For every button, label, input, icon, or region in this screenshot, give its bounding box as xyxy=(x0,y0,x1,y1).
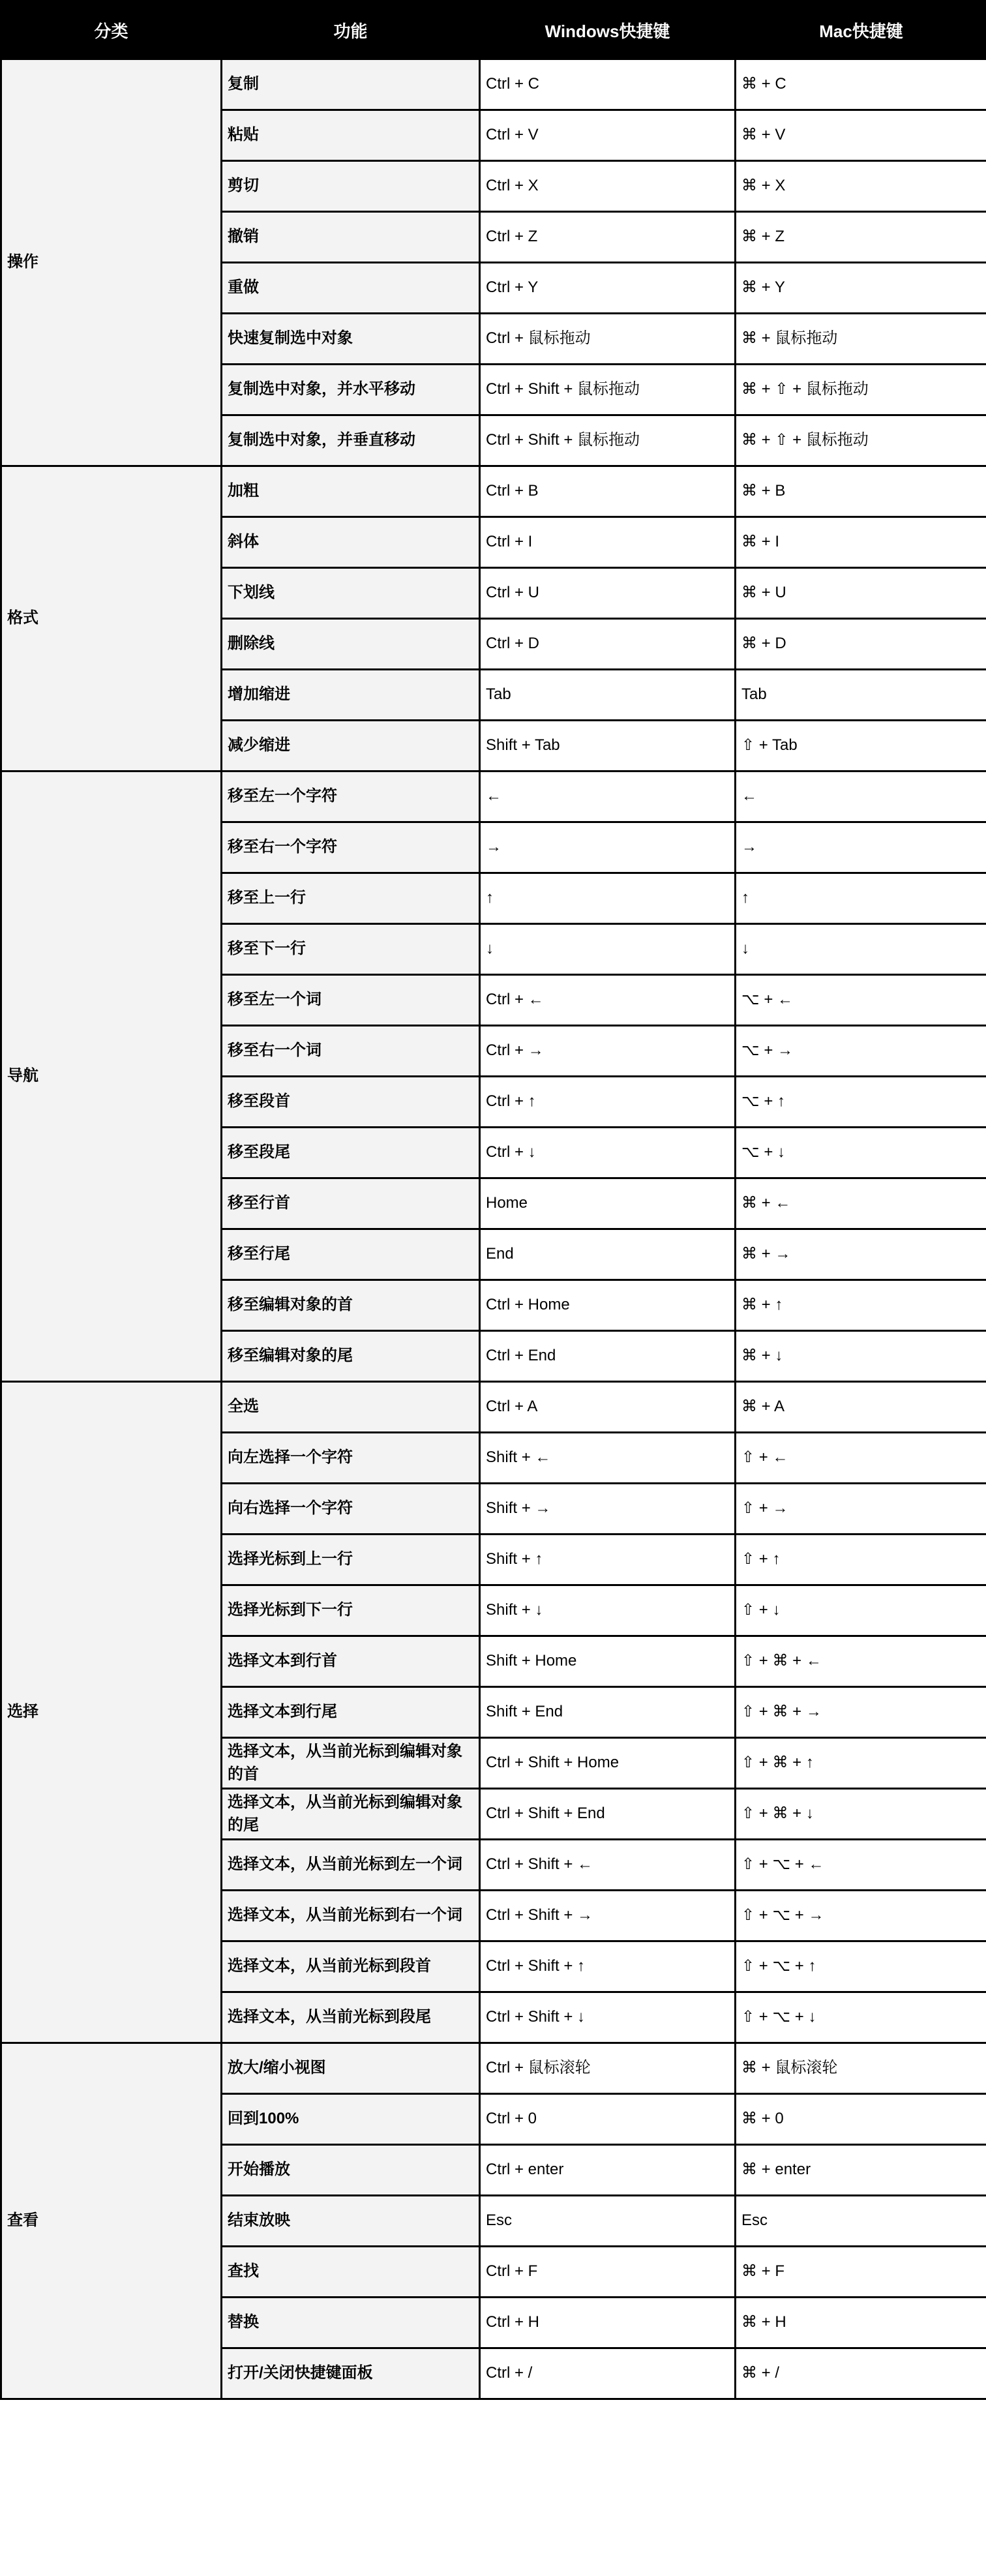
windows-shortcut-cell: Ctrl + Shift + 鼠标拖动 xyxy=(480,415,736,466)
mac-shortcut-cell: ⇧ + Tab xyxy=(736,721,986,771)
mac-shortcut-cell: ⌘ + A xyxy=(736,1382,986,1433)
windows-shortcut-cell: Ctrl + U xyxy=(480,568,736,619)
function-cell: 复制 xyxy=(222,59,480,110)
function-cell: 替换 xyxy=(222,2298,480,2348)
windows-shortcut-cell: Esc xyxy=(480,2196,736,2247)
mac-shortcut-cell: ⌘ + ← xyxy=(736,1178,986,1229)
mac-shortcut-cell: Esc xyxy=(736,2196,986,2247)
mac-shortcut-cell: ⌘ + Z xyxy=(736,212,986,263)
windows-shortcut-cell: End xyxy=(480,1229,736,1280)
windows-shortcut-cell: Ctrl + D xyxy=(480,619,736,670)
function-cell: 结束放映 xyxy=(222,2196,480,2247)
function-cell: 选择光标到上一行 xyxy=(222,1535,480,1585)
category-cell: 操作 xyxy=(1,59,222,466)
windows-shortcut-cell: Ctrl + B xyxy=(480,466,736,517)
mac-shortcut-cell: ⇧ + ← xyxy=(736,1433,986,1484)
windows-shortcut-cell: Ctrl + Shift + ↓ xyxy=(480,1992,736,2043)
windows-shortcut-cell: Ctrl + Home xyxy=(480,1280,736,1331)
mac-shortcut-cell: ⇧ + ↓ xyxy=(736,1585,986,1636)
function-cell: 查找 xyxy=(222,2247,480,2298)
function-cell: 移至下一行 xyxy=(222,924,480,975)
header-mac-shortcut: Mac快捷键 xyxy=(736,1,986,59)
function-cell: 放大/缩小视图 xyxy=(222,2043,480,2094)
windows-shortcut-cell: Home xyxy=(480,1178,736,1229)
windows-shortcut-cell: Shift + ← xyxy=(480,1433,736,1484)
windows-shortcut-cell: Ctrl + V xyxy=(480,110,736,161)
mac-shortcut-cell: ⌘ + V xyxy=(736,110,986,161)
windows-shortcut-cell: Shift + ↓ xyxy=(480,1585,736,1636)
windows-shortcut-cell: Ctrl + Y xyxy=(480,263,736,314)
windows-shortcut-cell: Ctrl + F xyxy=(480,2247,736,2298)
windows-shortcut-cell: Shift + End xyxy=(480,1687,736,1738)
windows-shortcut-cell: Ctrl + Shift + End xyxy=(480,1789,736,1840)
windows-shortcut-cell: Shift + ↑ xyxy=(480,1535,736,1585)
mac-shortcut-cell: ⌥ + → xyxy=(736,1026,986,1077)
function-cell: 选择光标到下一行 xyxy=(222,1585,480,1636)
windows-shortcut-cell: Ctrl + Shift + ← xyxy=(480,1840,736,1891)
function-cell: 剪切 xyxy=(222,161,480,212)
windows-shortcut-cell: Ctrl + End xyxy=(480,1331,736,1382)
windows-shortcut-cell: Ctrl + Shift + Home xyxy=(480,1738,736,1789)
mac-shortcut-cell: ⌥ + ↓ xyxy=(736,1128,986,1178)
mac-shortcut-cell: ⌘ + H xyxy=(736,2298,986,2348)
table-row: 选择全选Ctrl + A⌘ + A xyxy=(1,1382,986,1433)
mac-shortcut-cell: ⌘ + F xyxy=(736,2247,986,2298)
mac-shortcut-cell: ⌘ + 鼠标拖动 xyxy=(736,314,986,365)
mac-shortcut-cell: ⌘ + D xyxy=(736,619,986,670)
mac-shortcut-cell: ⇧ + ↑ xyxy=(736,1535,986,1585)
header-row: 分类 功能 Windows快捷键 Mac快捷键 xyxy=(1,1,986,59)
mac-shortcut-cell: ↓ xyxy=(736,924,986,975)
function-cell: 减少缩进 xyxy=(222,721,480,771)
windows-shortcut-cell: Ctrl + A xyxy=(480,1382,736,1433)
mac-shortcut-cell: ⇧ + ⌘ + → xyxy=(736,1687,986,1738)
mac-shortcut-cell: ⇧ + ⌘ + ↓ xyxy=(736,1789,986,1840)
mac-shortcut-cell: ⇧ + ⌥ + ← xyxy=(736,1840,986,1891)
function-cell: 移至行首 xyxy=(222,1178,480,1229)
windows-shortcut-cell: Ctrl + H xyxy=(480,2298,736,2348)
mac-shortcut-cell: ⇧ + ⌥ + ↓ xyxy=(736,1992,986,2043)
function-cell: 选择文本，从当前光标到段首 xyxy=(222,1941,480,1992)
windows-shortcut-cell: Ctrl + X xyxy=(480,161,736,212)
function-cell: 开始播放 xyxy=(222,2145,480,2196)
function-cell: 重做 xyxy=(222,263,480,314)
windows-shortcut-cell: Ctrl + I xyxy=(480,517,736,568)
function-cell: 移至左一个词 xyxy=(222,975,480,1026)
table-row: 导航移至左一个字符←← xyxy=(1,771,986,822)
function-cell: 选择文本到行尾 xyxy=(222,1687,480,1738)
function-cell: 移至右一个词 xyxy=(222,1026,480,1077)
shortcut-table: 分类 功能 Windows快捷键 Mac快捷键 操作复制Ctrl + C⌘ + … xyxy=(0,0,986,2400)
windows-shortcut-cell: Tab xyxy=(480,670,736,721)
table-body: 操作复制Ctrl + C⌘ + C粘贴Ctrl + V⌘ + V剪切Ctrl +… xyxy=(1,59,986,2399)
function-cell: 复制选中对象，并水平移动 xyxy=(222,365,480,415)
function-cell: 选择文本，从当前光标到左一个词 xyxy=(222,1840,480,1891)
mac-shortcut-cell: ⌘ + 0 xyxy=(736,2094,986,2145)
function-cell: 粘贴 xyxy=(222,110,480,161)
windows-shortcut-cell: Ctrl + ↑ xyxy=(480,1077,736,1128)
windows-shortcut-cell: Ctrl + ↓ xyxy=(480,1128,736,1178)
windows-shortcut-cell: → xyxy=(480,822,736,873)
mac-shortcut-cell: ↑ xyxy=(736,873,986,924)
mac-shortcut-cell: ⌘ + X xyxy=(736,161,986,212)
function-cell: 选择文本，从当前光标到编辑对象的首 xyxy=(222,1738,480,1789)
mac-shortcut-cell: ⌘ + enter xyxy=(736,2145,986,2196)
function-cell: 移至左一个字符 xyxy=(222,771,480,822)
category-cell: 格式 xyxy=(1,466,222,771)
function-cell: 移至段尾 xyxy=(222,1128,480,1178)
windows-shortcut-cell: Ctrl + Shift + → xyxy=(480,1891,736,1941)
windows-shortcut-cell: ↑ xyxy=(480,873,736,924)
table-row: 查看放大/缩小视图Ctrl + 鼠标滚轮⌘ + 鼠标滚轮 xyxy=(1,2043,986,2094)
function-cell: 下划线 xyxy=(222,568,480,619)
function-cell: 快速复制选中对象 xyxy=(222,314,480,365)
mac-shortcut-cell: ⌘ + I xyxy=(736,517,986,568)
table-row: 格式加粗Ctrl + B⌘ + B xyxy=(1,466,986,517)
windows-shortcut-cell: Ctrl + Z xyxy=(480,212,736,263)
function-cell: 移至右一个字符 xyxy=(222,822,480,873)
function-cell: 移至编辑对象的尾 xyxy=(222,1331,480,1382)
function-cell: 删除线 xyxy=(222,619,480,670)
windows-shortcut-cell: Ctrl + 0 xyxy=(480,2094,736,2145)
windows-shortcut-cell: Ctrl + 鼠标拖动 xyxy=(480,314,736,365)
mac-shortcut-cell: ⇧ + ⌘ + ← xyxy=(736,1636,986,1687)
mac-shortcut-cell: ⌘ + ⇧ + 鼠标拖动 xyxy=(736,415,986,466)
mac-shortcut-cell: ⌘ + Y xyxy=(736,263,986,314)
category-cell: 选择 xyxy=(1,1382,222,2043)
mac-shortcut-cell: → xyxy=(736,822,986,873)
windows-shortcut-cell: ↓ xyxy=(480,924,736,975)
mac-shortcut-cell: ⌘ + ↓ xyxy=(736,1331,986,1382)
category-cell: 查看 xyxy=(1,2043,222,2399)
function-cell: 全选 xyxy=(222,1382,480,1433)
mac-shortcut-cell: ⌘ + C xyxy=(736,59,986,110)
windows-shortcut-cell: Shift + Tab xyxy=(480,721,736,771)
function-cell: 加粗 xyxy=(222,466,480,517)
mac-shortcut-cell: ⌘ + ↑ xyxy=(736,1280,986,1331)
function-cell: 增加缩进 xyxy=(222,670,480,721)
windows-shortcut-cell: Ctrl + 鼠标滚轮 xyxy=(480,2043,736,2094)
windows-shortcut-cell: ← xyxy=(480,771,736,822)
windows-shortcut-cell: Ctrl + Shift + ↑ xyxy=(480,1941,736,1992)
header-category: 分类 xyxy=(1,1,222,59)
function-cell: 打开/关闭快捷键面板 xyxy=(222,2348,480,2399)
mac-shortcut-cell: ⇧ + → xyxy=(736,1484,986,1535)
windows-shortcut-cell: Ctrl + ← xyxy=(480,975,736,1026)
function-cell: 撤销 xyxy=(222,212,480,263)
windows-shortcut-cell: Shift + Home xyxy=(480,1636,736,1687)
function-cell: 选择文本，从当前光标到右一个词 xyxy=(222,1891,480,1941)
function-cell: 移至行尾 xyxy=(222,1229,480,1280)
function-cell: 向左选择一个字符 xyxy=(222,1433,480,1484)
header-windows-shortcut: Windows快捷键 xyxy=(480,1,736,59)
category-cell: 导航 xyxy=(1,771,222,1382)
mac-shortcut-cell: ⌥ + ← xyxy=(736,975,986,1026)
function-cell: 向右选择一个字符 xyxy=(222,1484,480,1535)
function-cell: 选择文本到行首 xyxy=(222,1636,480,1687)
mac-shortcut-cell: Tab xyxy=(736,670,986,721)
mac-shortcut-cell: ⌘ + ⇧ + 鼠标拖动 xyxy=(736,365,986,415)
function-cell: 选择文本，从当前光标到段尾 xyxy=(222,1992,480,2043)
header-function: 功能 xyxy=(222,1,480,59)
windows-shortcut-cell: Ctrl + Shift + 鼠标拖动 xyxy=(480,365,736,415)
mac-shortcut-cell: ← xyxy=(736,771,986,822)
table-row: 操作复制Ctrl + C⌘ + C xyxy=(1,59,986,110)
windows-shortcut-cell: Ctrl + / xyxy=(480,2348,736,2399)
function-cell: 移至上一行 xyxy=(222,873,480,924)
mac-shortcut-cell: ⌘ + U xyxy=(736,568,986,619)
mac-shortcut-cell: ⇧ + ⌥ + → xyxy=(736,1891,986,1941)
mac-shortcut-cell: ⇧ + ⌘ + ↑ xyxy=(736,1738,986,1789)
function-cell: 回到100% xyxy=(222,2094,480,2145)
windows-shortcut-cell: Ctrl + C xyxy=(480,59,736,110)
mac-shortcut-cell: ⌘ + → xyxy=(736,1229,986,1280)
function-cell: 选择文本，从当前光标到编辑对象的尾 xyxy=(222,1789,480,1840)
mac-shortcut-cell: ⌘ + 鼠标滚轮 xyxy=(736,2043,986,2094)
mac-shortcut-cell: ⌘ + / xyxy=(736,2348,986,2399)
mac-shortcut-cell: ⇧ + ⌥ + ↑ xyxy=(736,1941,986,1992)
windows-shortcut-cell: Ctrl + enter xyxy=(480,2145,736,2196)
function-cell: 移至段首 xyxy=(222,1077,480,1128)
mac-shortcut-cell: ⌘ + B xyxy=(736,466,986,517)
function-cell: 复制选中对象，并垂直移动 xyxy=(222,415,480,466)
windows-shortcut-cell: Shift + → xyxy=(480,1484,736,1535)
function-cell: 移至编辑对象的首 xyxy=(222,1280,480,1331)
function-cell: 斜体 xyxy=(222,517,480,568)
mac-shortcut-cell: ⌥ + ↑ xyxy=(736,1077,986,1128)
windows-shortcut-cell: Ctrl + → xyxy=(480,1026,736,1077)
